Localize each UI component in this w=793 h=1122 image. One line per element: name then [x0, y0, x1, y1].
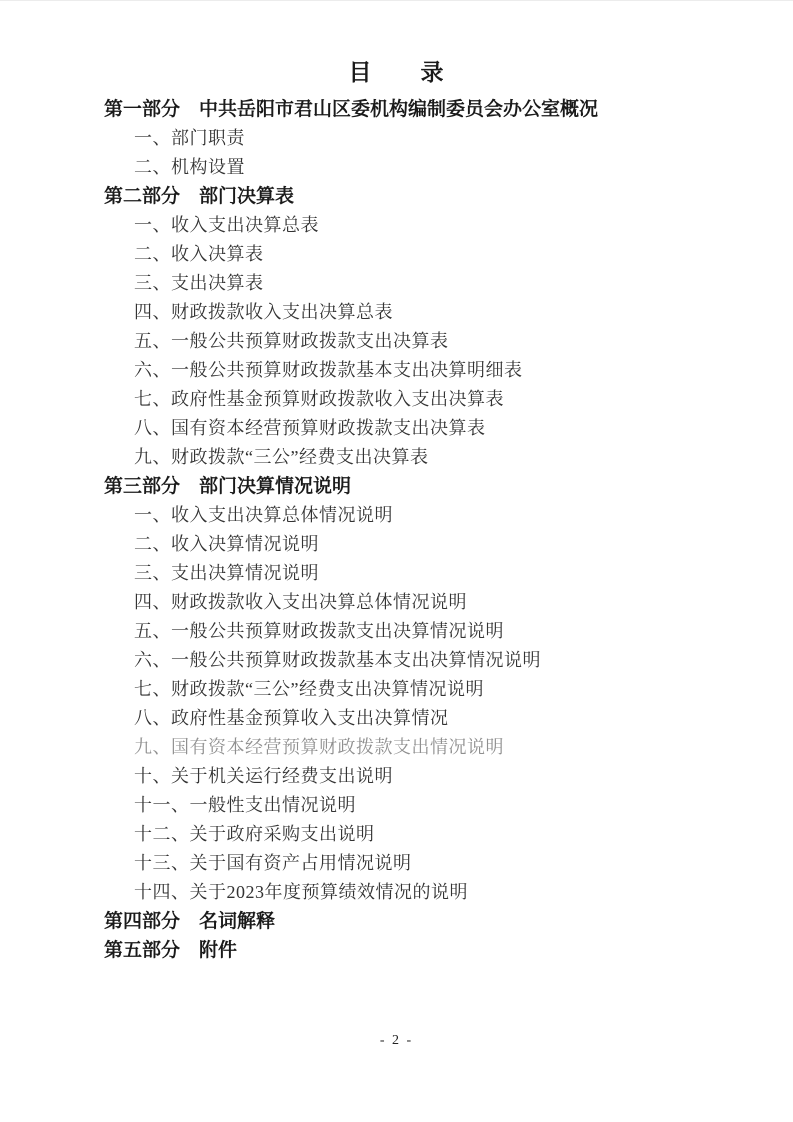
toc-item: 四、财政拨款收入支出决算总表 — [0, 298, 793, 327]
toc-section-heading: 第五部分 附件 — [0, 936, 793, 965]
page-title: 目 录 — [0, 1, 793, 87]
toc-item: 三、支出决算表 — [0, 269, 793, 298]
toc-section-heading: 第三部分 部门决算情况说明 — [0, 472, 793, 501]
page-number: - 2 - — [0, 1033, 793, 1049]
toc-item: 六、一般公共预算财政拨款基本支出决算情况说明 — [0, 646, 793, 675]
toc-item: 九、国有资本经营预算财政拨款支出情况说明 — [0, 733, 793, 762]
toc-item: 二、收入决算表 — [0, 240, 793, 269]
toc-item: 六、一般公共预算财政拨款基本支出决算明细表 — [0, 356, 793, 385]
toc-section-heading: 第一部分 中共岳阳市君山区委机构编制委员会办公室概况 — [0, 95, 793, 124]
toc-item: 五、一般公共预算财政拨款支出决算情况说明 — [0, 617, 793, 646]
toc-item: 十一、一般性支出情况说明 — [0, 791, 793, 820]
toc-section-heading: 第二部分 部门决算表 — [0, 182, 793, 211]
toc-item: 九、财政拨款“三公”经费支出决算表 — [0, 443, 793, 472]
document-page: 目 录 第一部分 中共岳阳市君山区委机构编制委员会办公室概况一、部门职责二、机构… — [0, 0, 793, 1122]
toc-item: 七、政府性基金预算财政拨款收入支出决算表 — [0, 385, 793, 414]
toc-item: 二、收入决算情况说明 — [0, 530, 793, 559]
toc-item: 一、收入支出决算总体情况说明 — [0, 501, 793, 530]
toc-item: 五、一般公共预算财政拨款支出决算表 — [0, 327, 793, 356]
toc-item: 一、收入支出决算总表 — [0, 211, 793, 240]
toc-item: 十、关于机关运行经费支出说明 — [0, 762, 793, 791]
toc-item: 八、政府性基金预算收入支出决算情况 — [0, 704, 793, 733]
toc-item: 十四、关于2023年度预算绩效情况的说明 — [0, 878, 793, 907]
toc-section-heading: 第四部分 名词解释 — [0, 907, 793, 936]
toc-item: 三、支出决算情况说明 — [0, 559, 793, 588]
toc-item: 二、机构设置 — [0, 153, 793, 182]
toc-item: 一、部门职责 — [0, 124, 793, 153]
toc-list: 第一部分 中共岳阳市君山区委机构编制委员会办公室概况一、部门职责二、机构设置第二… — [0, 95, 793, 965]
toc-item: 四、财政拨款收入支出决算总体情况说明 — [0, 588, 793, 617]
toc-item: 七、财政拨款“三公”经费支出决算情况说明 — [0, 675, 793, 704]
toc-item: 八、国有资本经营预算财政拨款支出决算表 — [0, 414, 793, 443]
toc-item: 十三、关于国有资产占用情况说明 — [0, 849, 793, 878]
toc-item: 十二、关于政府采购支出说明 — [0, 820, 793, 849]
